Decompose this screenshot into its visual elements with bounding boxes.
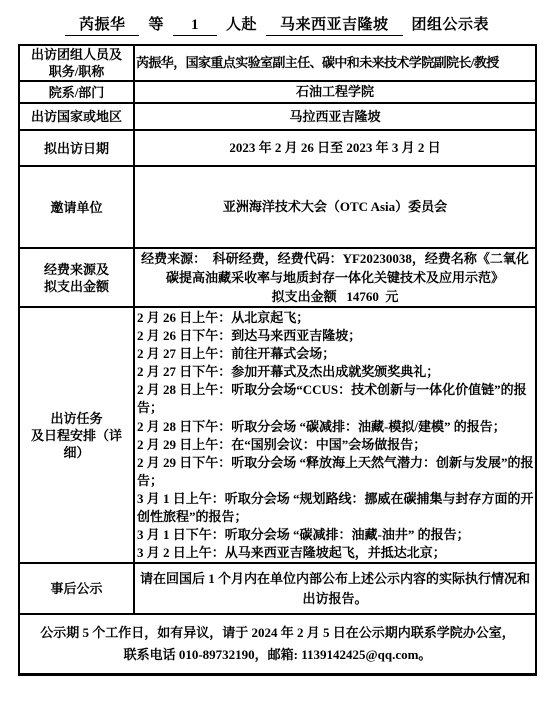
document-title: 芮振华等1人赴马来西亚吉隆坡团组公示表 xyxy=(0,0,555,36)
table-row-funding: 经费来源及 拟支出金额 经费来源： 科研经费，经费代码：YF20230038，经… xyxy=(19,248,536,307)
row-value-travel-dates: 2023 年 2 月 26 日至 2023 年 3 月 2 日 xyxy=(134,130,536,166)
title-deng-text: 等 xyxy=(148,17,164,33)
title-leader-name: 芮振华 xyxy=(65,13,140,36)
row-label-travel-dates: 拟出访日期 xyxy=(19,130,134,166)
row-label-funding: 经费来源及 拟支出金额 xyxy=(19,248,134,307)
table-row-personnel: 出访团组人员及 职务/职称 芮振华，国家重点实验室副主任、碳中和未来技术学院副院… xyxy=(19,45,536,81)
title-destination: 马来西亚吉隆坡 xyxy=(266,13,403,36)
document-page: 芮振华等1人赴马来西亚吉隆坡团组公示表 出访团组人员及 职务/职称 芮振华，国家… xyxy=(0,0,555,702)
row-label-destination-country: 出访国家或地区 xyxy=(19,103,134,130)
row-label-post-publicity: 事后公示 xyxy=(19,563,134,614)
row-value-destination-country: 马拉西亚吉隆坡 xyxy=(134,103,536,130)
row-value-post-publicity: 请在回国后 1 个月内在单位内部公布上述公示内容的实际执行情况和出访报告。 xyxy=(134,563,536,614)
row-value-funding: 经费来源： 科研经费，经费代码：YF20230038，经费名称《二氧化碳提高油藏… xyxy=(134,248,536,307)
row-value-itinerary: 2 月 26 日上午：从北京起飞； 2 月 26 日下午：到达马来西亚吉隆坡； … xyxy=(134,307,536,563)
table-row-inviting-org: 邀请单位 亚洲海洋技术大会（OTC Asia）委员会 xyxy=(19,166,536,248)
table-row-contact-notice: 公示期 5 个工作日，如有异议，请于 2024 年 2 月 5 日在公示期内联系… xyxy=(19,614,536,674)
row-label-department: 院系/部门 xyxy=(19,81,134,103)
table-row-travel-dates: 拟出访日期 2023 年 2 月 26 日至 2023 年 3 月 2 日 xyxy=(19,130,536,166)
table-row-post-publicity: 事后公示 请在回国后 1 个月内在单位内部公布上述公示内容的实际执行情况和出访报… xyxy=(19,563,536,614)
table-row-destination-country: 出访国家或地区 马拉西亚吉隆坡 xyxy=(19,103,536,130)
contact-notice-text: 公示期 5 个工作日，如有异议，请于 2024 年 2 月 5 日在公示期内联系… xyxy=(19,614,536,674)
row-label-inviting-org: 邀请单位 xyxy=(19,166,134,248)
publicity-form-table: 出访团组人员及 职务/职称 芮振华，国家重点实验室副主任、碳中和未来技术学院副院… xyxy=(18,44,537,676)
title-suffix-text: 团组公示表 xyxy=(412,17,490,33)
row-label-itinerary: 出访任务 及日程安排（详 细） xyxy=(19,307,134,563)
row-label-personnel: 出访团组人员及 职务/职称 xyxy=(19,45,134,81)
title-renfu-text: 人赴 xyxy=(226,17,257,33)
title-person-count: 1 xyxy=(173,17,217,36)
table-row-department: 院系/部门 石油工程学院 xyxy=(19,81,536,103)
row-value-department: 石油工程学院 xyxy=(134,81,536,103)
row-value-inviting-org: 亚洲海洋技术大会（OTC Asia）委员会 xyxy=(134,166,536,248)
row-value-personnel: 芮振华，国家重点实验室副主任、碳中和未来技术学院副院长/教授 xyxy=(134,45,536,81)
table-row-itinerary: 出访任务 及日程安排（详 细） 2 月 26 日上午：从北京起飞； 2 月 26… xyxy=(19,307,536,563)
